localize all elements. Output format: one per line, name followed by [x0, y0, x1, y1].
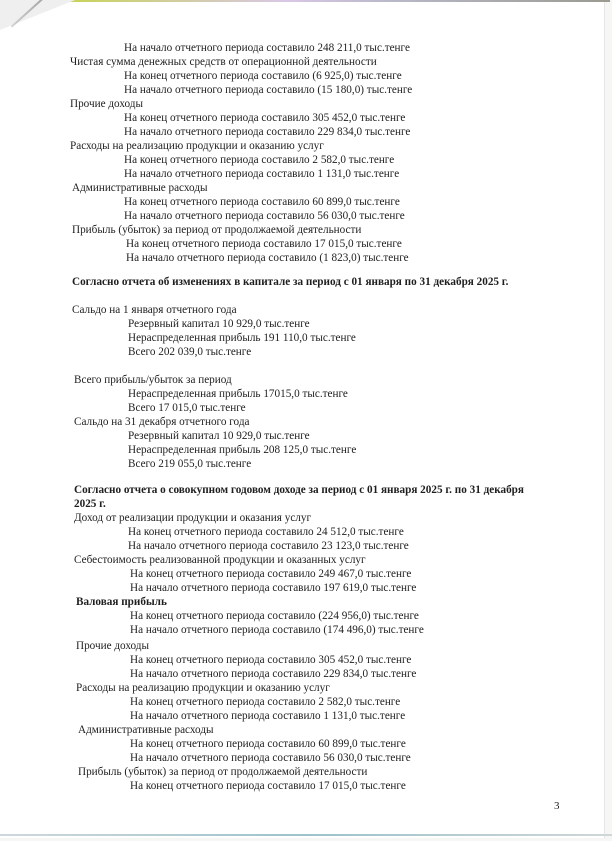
text-line: На конец отчетного периода составило 60 …	[130, 737, 406, 751]
section-heading: Валовая прибыль	[76, 595, 167, 609]
text-line: На конец отчетного периода составило (22…	[130, 609, 419, 623]
text-line: На конец отчетного периода составило 2 5…	[124, 153, 394, 167]
text-line: На начало отчетного периода составило 19…	[130, 581, 416, 595]
text-line: Сальдо на 31 декабря отчетного года	[74, 415, 249, 429]
text-line: Сальдо на 1 января отчетного года	[72, 303, 237, 317]
section-heading: Согласно отчета о совокупном годовом дох…	[74, 483, 524, 497]
text-line: Административные расходы	[78, 723, 214, 737]
text-line: Прибыль (убыток) за период от продолжаем…	[78, 765, 367, 779]
text-line: Расходы на реализацию продукции и оказан…	[76, 681, 330, 695]
text-line: Нераспределенная прибыль 17015,0 тыс.тен…	[128, 387, 348, 401]
text-line: На конец отчетного периода составило 2 5…	[130, 695, 400, 709]
text-line: Резервный капитал 10 929,0 тыс.тенге	[128, 317, 310, 331]
text-line: Всего 202 039,0 тыс.тенге	[128, 345, 251, 359]
text-line: На начало отчетного периода составило 1 …	[130, 709, 405, 723]
text-line: На конец отчетного периода составило 17 …	[126, 237, 402, 251]
document-page: На начало отчетного периода составило 24…	[0, 0, 605, 838]
text-line: На конец отчетного периода составило 17 …	[130, 779, 406, 793]
section-heading: Согласно отчета об изменениях в капитале…	[72, 275, 508, 289]
text-line: На конец отчетного периода составило (6 …	[124, 69, 402, 83]
text-line: Резервный капитал 10 929,0 тыс.тенге	[128, 429, 310, 443]
text-line: Себестоимость реализованной продукции и …	[74, 553, 366, 567]
text-line: На конец отчетного периода составило 305…	[130, 653, 411, 667]
page-number: 3	[554, 800, 560, 812]
text-line: На начало отчетного периода составило (1…	[124, 83, 412, 97]
text-line: Прочие доходы	[76, 639, 149, 653]
text-line: Прибыль (убыток) за период от продолжаем…	[72, 223, 361, 237]
text-line: Всего 219 055,0 тыс.тенге	[128, 457, 251, 471]
text-line: На начало отчетного периода составило 1 …	[124, 167, 399, 181]
text-line: На конец отчетного периода составило 305…	[124, 111, 405, 125]
scan-bottom-edge	[0, 834, 612, 836]
text-line: Административные расходы	[72, 181, 208, 195]
text-line: На начало отчетного периода составило 56…	[130, 751, 411, 765]
text-line: На конец отчетного периода составило 60 …	[124, 195, 400, 209]
text-line: На начало отчетного периода составило 22…	[124, 125, 410, 139]
scan-top-edge	[70, 0, 610, 2]
text-line: Прочие доходы	[70, 97, 143, 111]
text-line: Доход от реализации продукции и оказания…	[74, 511, 311, 525]
text-line: На начало отчетного периода составило 56…	[124, 209, 405, 223]
text-line: На конец отчетного периода составило 249…	[130, 567, 411, 581]
text-line: Нераспределенная прибыль 191 110,0 тыс.т…	[128, 331, 356, 345]
text-line: На начало отчетного периода составило 22…	[130, 667, 416, 681]
text-line: На конец отчетного периода составило 24 …	[128, 525, 404, 539]
text-line: На начало отчетного периода составило (1…	[130, 623, 424, 637]
text-line: Чистая сумма денежных средств от операци…	[70, 55, 377, 69]
text-line: Нераспределенная прибыль 208 125,0 тыс.т…	[128, 443, 356, 457]
text-line: На начало отчетного периода составило (1…	[126, 251, 409, 265]
text-line: На начало отчетного периода составило 23…	[128, 539, 409, 553]
text-line: Всего 17 015,0 тыс.тенге	[128, 401, 246, 415]
text-line: На начало отчетного периода составило 24…	[124, 41, 410, 55]
section-heading: 2025 г.	[74, 497, 106, 511]
text-line: Расходы на реализацию продукции и оказан…	[70, 139, 324, 153]
text-line: Всего прибыль/убыток за период	[74, 373, 232, 387]
